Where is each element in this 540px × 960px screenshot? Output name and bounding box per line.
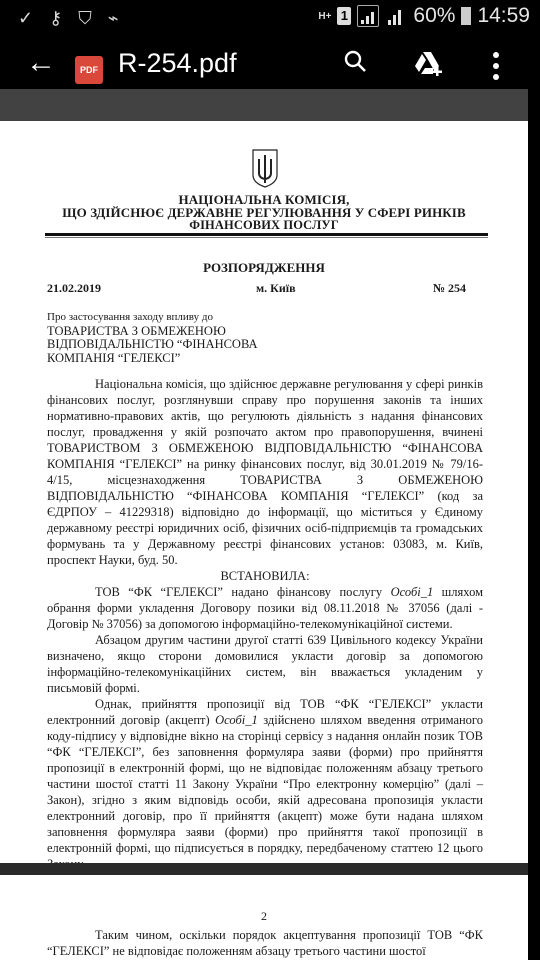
pdf-page-1: НАЦІОНАЛЬНА КОМІСІЯ, ЩО ЗДІЙСНЮЄ ДЕРЖАВН…	[0, 121, 528, 863]
network-type-indicator: H+	[318, 12, 331, 21]
shield-icon: ⛉	[78, 6, 92, 30]
order-date: 21.02.2019	[47, 281, 101, 296]
order-number: № 254	[433, 281, 466, 296]
order-title: РОЗПОРЯДЖЕННЯ	[0, 260, 528, 276]
notification-icons: ✓ ⚷ ⛉ ⌁	[18, 6, 119, 30]
order-city: м. Київ	[256, 281, 296, 296]
vpn-key-icon: ⚷	[49, 6, 62, 30]
header-divider-thin	[45, 237, 488, 238]
section-heading: ВСТАНОВИЛА:	[47, 568, 483, 584]
battery-charging-icon	[461, 7, 471, 25]
person-ref: Особі_1	[391, 585, 434, 599]
header-divider	[45, 233, 488, 236]
subject-line: ВІДПОВІДАЛЬНІСТЮ “ФІНАНСОВА	[47, 338, 258, 352]
clock: 14:59	[477, 4, 530, 28]
status-bar: ✓ ⚷ ⛉ ⌁ H+ 1 60% 14:59	[0, 0, 540, 36]
battery-percent: 60%	[413, 4, 455, 28]
search-icon[interactable]	[344, 50, 366, 72]
authority-name-line-3: ФІНАНСОВИХ ПОСЛУГ	[0, 218, 528, 233]
paragraph-4: Однак, прийняття пропозиції від ТОВ “ФК …	[47, 696, 483, 872]
paragraph-text: ТОВ “ФК “ГЕЛЕКСІ” надано фінансову послу…	[95, 585, 391, 599]
sim-indicator: 1	[337, 7, 351, 25]
paragraph-1: Національна комісія, що здійснює державн…	[47, 376, 483, 568]
page-number: 2	[0, 909, 528, 924]
arrow-back-icon[interactable]: ←	[26, 48, 56, 78]
document-title: R-254.pdf	[118, 48, 237, 79]
subject-line: Про застосування заходу впливу до	[47, 311, 258, 325]
signal-icon-sim2	[385, 5, 407, 27]
paragraph-text: здійснено шляхом введення отриманого код…	[47, 713, 483, 871]
cricket-icon: ⌁	[108, 6, 119, 30]
subject-line: КОМПАНІЯ “ГЕЛЕКСІ”	[47, 352, 258, 366]
signal-icon-sim1	[357, 5, 379, 27]
pdf-page-2: 2 Таким чином, оскільки порядок акцептув…	[0, 875, 528, 960]
drive-add-icon[interactable]	[413, 50, 445, 78]
document-body-page-2: Таким чином, оскільки порядок акцептуван…	[47, 927, 483, 959]
order-subject: Про застосування заходу впливу до ТОВАРИ…	[47, 311, 258, 365]
system-icons: H+ 1 60% 14:59	[318, 4, 530, 28]
paragraph-3: Абзацом другим частини другої статті 639…	[47, 632, 483, 696]
more-vert-icon[interactable]	[493, 52, 501, 82]
paragraph-1: Таким чином, оскільки порядок акцептуван…	[47, 927, 483, 959]
paragraph-2: ТОВ “ФК “ГЕЛЕКСІ” надано фінансову послу…	[47, 584, 483, 632]
trident-emblem-icon	[250, 147, 280, 189]
download-done-icon: ✓	[18, 6, 33, 30]
subject-line: ТОВАРИСТВА З ОБМЕЖЕНОЮ	[47, 325, 258, 339]
viewer-top-shade	[0, 89, 528, 121]
person-ref: Особі_1	[215, 713, 258, 727]
app-bar: ← PDF R-254.pdf	[0, 36, 540, 90]
scrollbar-track[interactable]	[528, 89, 540, 960]
page-separator	[0, 863, 528, 875]
pdf-file-icon: PDF	[75, 56, 103, 84]
document-body: Національна комісія, що здійснює державн…	[47, 376, 483, 872]
